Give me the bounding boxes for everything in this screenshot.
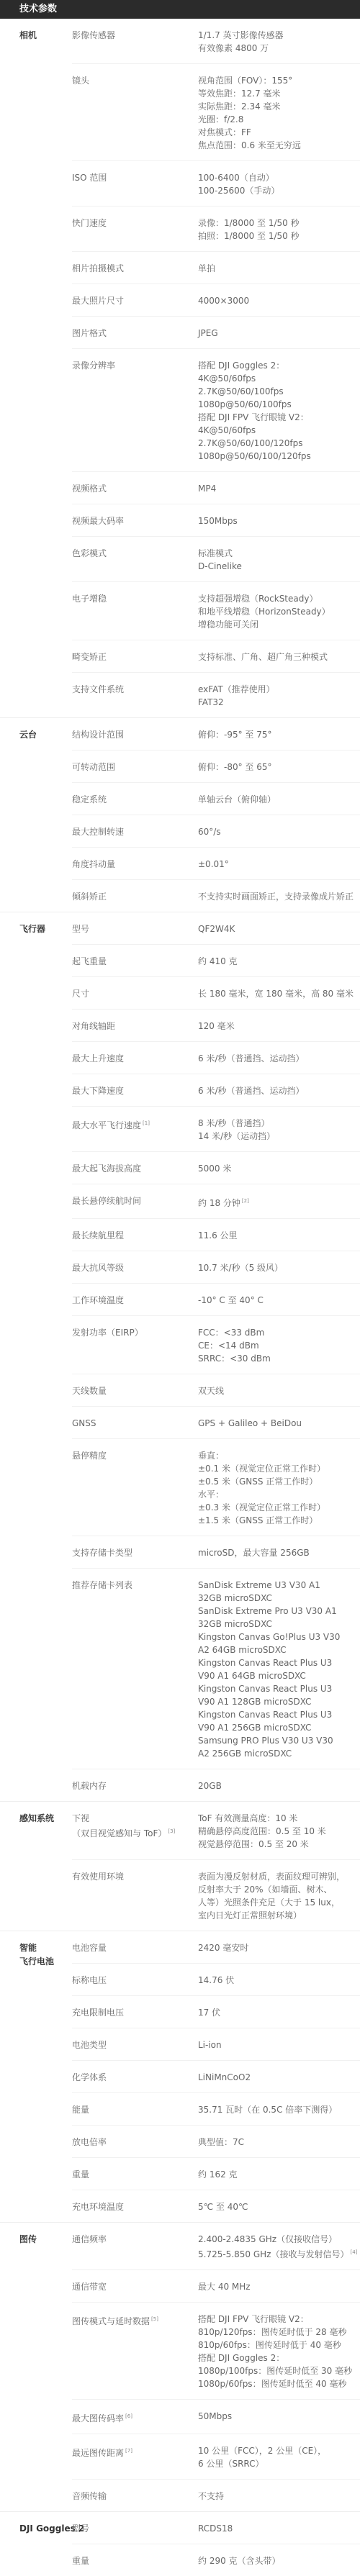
spec-label: 最大上升速度 <box>72 1052 198 1065</box>
spec-value-line: 2.400-2.4835 GHz（仅接收信号） <box>198 2233 360 2246</box>
spec-row: 倾斜矫正不支持实时画面矫正，支持录像成片矫正 <box>72 879 360 912</box>
spec-value: 17 伏 <box>198 2006 360 2019</box>
spec-row: 可转动范围俯仰：-80° 至 65° <box>72 750 360 782</box>
spec-value: exFAT（推荐使用）FAT32 <box>198 683 360 709</box>
spec-value-text: D-Cinelike <box>198 561 242 571</box>
spec-value-text: 约 290 克（含头带） <box>198 2556 281 2566</box>
spec-label: 支持文件系统 <box>72 683 198 709</box>
section-camera: 相机影像传感器1/1.7 英寸影像传感器有效像素 4800 万镜头视角范围（FO… <box>0 19 360 717</box>
spec-row: 工作环境温度-10° C 至 40° C <box>72 1283 360 1315</box>
spec-label: 最长续航里程 <box>72 1229 198 1242</box>
spec-label: 可转动范围 <box>72 761 198 774</box>
spec-value-text: 1/1.7 英寸影像传感器 <box>198 30 284 40</box>
spec-value-line: 50Mbps <box>198 2410 360 2423</box>
spec-value: 10.7 米/秒（5 级风） <box>198 1261 360 1274</box>
spec-value-line: 4000×3000 <box>198 294 360 307</box>
spec-value-text: 焦点范围：0.6 米至无穷远 <box>198 140 301 150</box>
spec-value-text: 实际焦距：2.34 毫米 <box>198 101 281 112</box>
spec-value-text: 增稳功能可关闭 <box>198 620 258 630</box>
spec-label-text: 图传模式与延时数据 <box>72 2316 150 2326</box>
spec-value-line: 双天线 <box>198 1384 360 1397</box>
spec-label: 放电倍率 <box>72 2136 198 2149</box>
spec-value-line: V90 A1 64GB microSDXC <box>198 1669 360 1682</box>
spec-label: 图传模式与延时数据[5] <box>72 2313 198 2390</box>
spec-value-line: 实际焦距：2.34 毫米 <box>198 100 360 113</box>
spec-label-text: 音频传输 <box>72 2491 107 2501</box>
spec-value-line: ±0.01° <box>198 858 360 871</box>
section-battery: 智能飞行电池电池容量2420 毫安时标称电压14.76 伏充电限制电压17 伏电… <box>0 1931 360 2222</box>
spec-row: 音频传输不支持 <box>72 2479 360 2511</box>
spec-value: 长 180 毫米，宽 180 毫米，高 80 毫米 <box>198 987 360 1000</box>
spec-value: 50Mbps <box>198 2410 360 2425</box>
footnote-marker: [1] <box>143 1120 150 1126</box>
spec-row: 电池类型Li-ion <box>72 2028 360 2060</box>
spec-row: 电子增稳支持超强增稳（RockSteady）和地平线增稳（HorizonStea… <box>72 581 360 640</box>
spec-value-text: 不支持 <box>198 2491 224 2501</box>
spec-label-text: 电池类型 <box>72 2040 107 2050</box>
spec-value-text: 支持标准、广角、超广角三种模式 <box>198 652 328 662</box>
spec-value: -10° C 至 40° C <box>198 1294 360 1307</box>
spec-value-line: Li-ion <box>198 2038 360 2051</box>
spec-value-line: 录像：1/8000 至 1/50 秒 <box>198 217 360 230</box>
spec-value-text: 等效焦距：12.7 毫米 <box>198 89 281 99</box>
spec-value-line: 5℃ 至 40℃ <box>198 2200 360 2213</box>
spec-row: 电池容量2420 毫安时 <box>72 1931 360 1963</box>
spec-row: 最大下降速度6 米/秒（普通挡、运动挡） <box>72 1074 360 1106</box>
spec-label-text: 通信频率 <box>72 2234 107 2244</box>
spec-label: 最长悬停续航时间 <box>72 1194 198 1210</box>
spec-value-line: 5.725-5.850 GHz（接收与发射信号）[4] <box>198 2246 360 2261</box>
spec-value-text: 150Mbps <box>198 516 238 526</box>
spec-value-text: 10 公里（FCC），2 公里（CE）， <box>198 2446 326 2456</box>
spec-label-text: 充电环境温度 <box>72 2202 124 2212</box>
spec-label: 起飞重量 <box>72 955 198 968</box>
spec-value-line: 单拍 <box>198 262 360 275</box>
spec-value-text: SanDisk Extreme Pro U3 V30 A1 <box>198 1606 337 1616</box>
spec-value-text: 最大 40 MHz <box>198 2282 251 2292</box>
spec-value-line: 等效焦距：12.7 毫米 <box>198 87 360 100</box>
spec-value-line: Kingston Canvas React Plus U3 <box>198 1656 360 1669</box>
spec-value: 表面为漫反射材质，表面纹理可辨别，反射率大于 20%（如墙面、树木、人等）光照条… <box>198 1870 360 1922</box>
spec-value-line: 6 米/秒（普通挡、运动挡） <box>198 1084 360 1097</box>
spec-value: 最大 40 MHz <box>198 2280 360 2293</box>
spec-value-line: Kingston Canvas React Plus U3 <box>198 1708 360 1721</box>
spec-label-text: 倾斜矫正 <box>72 892 107 902</box>
spec-label: 通信带宽 <box>72 2280 198 2293</box>
spec-value-line: 室内日光灯正常照射环境） <box>198 1909 360 1922</box>
spec-value-text: 4000×3000 <box>198 296 249 306</box>
spec-label-text: 最大照片尺寸 <box>72 296 124 306</box>
spec-value-line: 35.71 瓦时（在 0.5C 倍率下测得） <box>198 2103 360 2116</box>
spec-value-text: LiNiMnCoO2 <box>198 2072 251 2082</box>
spec-value-text: 1080p@50/60/100/120fps <box>198 451 311 461</box>
footnote-marker: [2] <box>242 1198 249 1204</box>
spec-row: 对角线轴距120 毫米 <box>72 1009 360 1041</box>
spec-label: 下视（双目视觉感知与 ToF）[3] <box>72 1812 198 1851</box>
spec-value-text: 视角范围（FOV）：155° <box>198 76 292 86</box>
spec-label: 工作环境温度 <box>72 1294 198 1307</box>
spec-value-line: microSD，最大容量 256GB <box>198 1546 360 1559</box>
spec-value-text: 支持超强增稳（RockSteady） <box>198 594 318 604</box>
spec-value-text: ±0.5 米（GNSS 正常工作时） <box>198 1477 318 1487</box>
spec-value: 约 162 克 <box>198 2168 360 2181</box>
section-title-line: 智能 <box>19 1941 72 1955</box>
spec-value: ToF 有效测量高度：10 米精确悬停高度范围：0.5 至 10 米视觉悬停范围… <box>198 1812 360 1851</box>
spec-row: 有效使用环境表面为漫反射材质，表面纹理可辨别，反射率大于 20%（如墙面、树木、… <box>72 1859 360 1931</box>
spec-row: 视频最大码率150Mbps <box>72 504 360 536</box>
spec-row: 标称电压14.76 伏 <box>72 1963 360 1995</box>
spec-value-line: A2 256GB microSDXC <box>198 1747 360 1760</box>
spec-row: 结构设计范围俯仰：-95° 至 75° <box>72 718 360 750</box>
spec-value: MP4 <box>198 482 360 495</box>
spec-row: 图片格式JPEG <box>72 316 360 348</box>
spec-value-text: 2.7K@50/60/100/120fps <box>198 438 303 448</box>
spec-value-text: RCDS18 <box>198 2523 233 2534</box>
spec-value-line: D-Cinelike <box>198 560 360 573</box>
spec-label-text: 最大水平飞行速度 <box>72 1120 141 1130</box>
spec-row: 最长续航里程11.6 公里 <box>72 1218 360 1251</box>
spec-label-text: 影像传感器 <box>72 30 115 40</box>
spec-value-line: 8 米/秒（普通挡） <box>198 1117 360 1130</box>
spec-value-line: 约 162 克 <box>198 2168 360 2181</box>
spec-value-line: RCDS18 <box>198 2522 360 2535</box>
spec-value-text: 14.76 伏 <box>198 1975 234 1985</box>
spec-value-text: 垂直： <box>198 1451 224 1461</box>
spec-value-line: Kingston Canvas React Plus U3 <box>198 1682 360 1695</box>
section-title-text: 云台 <box>19 730 37 740</box>
spec-row: 最大水平飞行速度[1]8 米/秒（普通挡）14 米/秒（运动挡） <box>72 1106 360 1151</box>
spec-value-line: 810p/60fps：图传延时低于 40 毫秒 <box>198 2339 360 2351</box>
spec-label-text: 有效使用环境 <box>72 1872 124 1882</box>
spec-value-text: 4K@50/60fps <box>198 425 256 435</box>
spec-value: 标准模式D-Cinelike <box>198 547 360 573</box>
spec-value-text: Kingston Canvas React Plus U3 <box>198 1658 332 1668</box>
spec-value: ±0.01° <box>198 858 360 871</box>
footnote-marker: [4] <box>350 2249 357 2255</box>
spec-value-text: 2420 毫安时 <box>198 1943 248 1953</box>
spec-value: 4000×3000 <box>198 294 360 307</box>
spec-label-text: 稳定系统 <box>72 794 107 804</box>
spec-label: 电池容量 <box>72 1941 198 1954</box>
spec-value: 约 290 克（含头带） <box>198 2554 360 2567</box>
spec-value-text: 1080p@50/60/100fps <box>198 399 292 409</box>
spec-value-text: 搭配 DJI Goggles 2： <box>198 2353 284 2363</box>
spec-value-line: QF2W4K <box>198 922 360 935</box>
spec-label: 快门速度 <box>72 217 198 242</box>
spec-value-text: 5.725-5.850 GHz（接收与发射信号） <box>198 2249 348 2259</box>
section-title: 飞行器 <box>0 912 72 1801</box>
spec-label: 标称电压 <box>72 1974 198 1987</box>
spec-value: 1/1.7 英寸影像传感器有效像素 4800 万 <box>198 29 360 55</box>
spec-label-text: 重量 <box>72 2169 89 2180</box>
spec-row: 尺寸长 180 毫米，宽 180 毫米，高 80 毫米 <box>72 976 360 1009</box>
spec-label: 相片拍摄模式 <box>72 262 198 275</box>
spec-value: 5℃ 至 40℃ <box>198 2200 360 2213</box>
spec-table: 相机影像传感器1/1.7 英寸影像传感器有效像素 4800 万镜头视角范围（FO… <box>0 19 360 2576</box>
spec-label: 色彩模式 <box>72 547 198 573</box>
spec-value: JPEG <box>198 327 360 340</box>
spec-label-text: 畸变矫正 <box>72 652 107 662</box>
spec-row: 通信频率2.400-2.4835 GHz（仅接收信号）5.725-5.850 G… <box>72 2223 360 2269</box>
section-title: DJI Goggles 2 <box>0 2512 72 2576</box>
spec-rows: 型号RCDS18重量约 290 克（含头带） <box>72 2512 360 2576</box>
spec-label-text: 最长续航里程 <box>72 1230 124 1241</box>
spec-value-line: 俯仰：-95° 至 75° <box>198 728 360 741</box>
spec-label-text: 最大控制转速 <box>72 827 124 837</box>
spec-value-text: ±1.5 米（GNSS 正常工作时） <box>198 1515 318 1525</box>
spec-row: 机载内存20GB <box>72 1769 360 1801</box>
spec-value-line: 俯仰：-80° 至 65° <box>198 761 360 774</box>
spec-row: 稳定系统单轴云台（俯仰轴） <box>72 782 360 815</box>
spec-value-line: 和地平线增稳（HorizonSteady） <box>198 605 360 618</box>
spec-value: 典型值：7C <box>198 2136 360 2149</box>
spec-value-text: A2 256GB microSDXC <box>198 1749 292 1759</box>
spec-value-text: 精确悬停高度范围：0.5 至 10 米 <box>198 1826 326 1836</box>
spec-label-text: GNSS <box>72 1418 96 1428</box>
spec-value-line: SanDisk Extreme U3 V30 A1 <box>198 1579 360 1592</box>
spec-rows: 结构设计范围俯仰：-95° 至 75°可转动范围俯仰：-80° 至 65°稳定系… <box>72 718 360 912</box>
spec-value-line: 32GB microSDXC <box>198 1618 360 1631</box>
spec-value-text: 约 18 分钟 <box>198 1198 240 1208</box>
section-gimbal: 云台结构设计范围俯仰：-95° 至 75°可转动范围俯仰：-80° 至 65°稳… <box>0 717 360 912</box>
spec-label: 倾斜矫正 <box>72 890 198 903</box>
spec-row: 最远图传距离[7]10 公里（FCC），2 公里（CE），6 公里（SRRC） <box>72 2434 360 2479</box>
spec-label-text: 支持文件系统 <box>72 684 124 694</box>
spec-row: 化学体系LiNiMnCoO2 <box>72 2060 360 2092</box>
spec-label: 稳定系统 <box>72 793 198 806</box>
spec-value-text: 5℃ 至 40℃ <box>198 2202 248 2212</box>
spec-value: 俯仰：-80° 至 65° <box>198 761 360 774</box>
spec-value-line: 最大 40 MHz <box>198 2280 360 2293</box>
spec-label-text: 发射功率（EIRP） <box>72 1328 143 1338</box>
spec-value-line: 焦点范围：0.6 米至无穷远 <box>198 139 360 152</box>
spec-label-text: 型号 <box>72 2523 89 2534</box>
spec-value-text: 100-6400（自动） <box>198 173 274 183</box>
spec-value-text: 有效像素 4800 万 <box>198 43 269 53</box>
spec-value: RCDS18 <box>198 2522 360 2535</box>
spec-label: 镜头 <box>72 74 198 152</box>
spec-value: 14.76 伏 <box>198 1974 360 1987</box>
spec-value-text: 双天线 <box>198 1386 224 1396</box>
spec-label: 悬停精度 <box>72 1449 198 1527</box>
spec-row: 镜头视角范围（FOV）：155°等效焦距：12.7 毫米实际焦距：2.34 毫米… <box>72 63 360 160</box>
spec-value-text: 810p/60fps：图传延时低于 40 毫秒 <box>198 2340 341 2350</box>
spec-value-line: 约 18 分钟[2] <box>198 1194 360 1210</box>
spec-value-text: 32GB microSDXC <box>198 1619 272 1629</box>
spec-value: QF2W4K <box>198 922 360 935</box>
spec-value-line: 150Mbps <box>198 514 360 527</box>
spec-label: 推荐存储卡列表 <box>72 1579 198 1760</box>
spec-label: 结构设计范围 <box>72 728 198 741</box>
spec-value-text: 不支持实时画面矫正，支持录像成片矫正 <box>198 892 354 902</box>
spec-row: 通信带宽最大 40 MHz <box>72 2269 360 2302</box>
spec-value-text: 1080p/60fps：图传延时低至 40 毫秒 <box>198 2379 346 2389</box>
spec-label: 最大抗风等级 <box>72 1261 198 1274</box>
spec-value: 单轴云台（俯仰轴） <box>198 793 360 806</box>
spec-label: 视频最大码率 <box>72 514 198 527</box>
spec-label-text: 最大图传码率 <box>72 2413 124 2423</box>
spec-row: 角度抖动量±0.01° <box>72 847 360 879</box>
spec-value-line: 11.6 公里 <box>198 1229 360 1242</box>
spec-value-text: 14 米/秒（运动挡） <box>198 1131 275 1141</box>
spec-label: 电子增稳 <box>72 592 198 631</box>
section-title-text: 感知系统 <box>19 1813 54 1823</box>
spec-label-text: 通信带宽 <box>72 2282 107 2292</box>
spec-value-text: Kingston Canvas React Plus U3 <box>198 1710 332 1720</box>
spec-value-line: 60°/s <box>198 825 360 838</box>
spec-row: 最大照片尺寸4000×3000 <box>72 284 360 316</box>
spec-value-line: 搭配 DJI FPV 飞行眼镜 V2： <box>198 411 360 424</box>
spec-label: 录像分辨率 <box>72 359 198 463</box>
spec-row: 支持文件系统exFAT（推荐使用）FAT32 <box>72 672 360 717</box>
spec-value-text: 俯仰：-95° 至 75° <box>198 730 272 740</box>
spec-value-line: 不支持 <box>198 2490 360 2503</box>
spec-value-text: SanDisk Extreme U3 V30 A1 <box>198 1580 320 1590</box>
spec-label-text: 充电限制电压 <box>72 2008 124 2018</box>
spec-row: 最大上升速度6 米/秒（普通挡、运动挡） <box>72 1041 360 1074</box>
spec-rows: 通信频率2.400-2.4835 GHz（仅接收信号）5.725-5.850 G… <box>72 2223 360 2511</box>
spec-label: 畸变矫正 <box>72 650 198 663</box>
spec-label-text: 电池容量 <box>72 1943 107 1953</box>
spec-value-text: Samsung PRO Plus V30 U3 V30 <box>198 1736 333 1746</box>
spec-value-line: 约 410 克 <box>198 955 360 968</box>
spec-value-text: 120 毫米 <box>198 1021 235 1031</box>
spec-value-line: 人等）光照条件充足（大于 15 lux， <box>198 1896 360 1909</box>
spec-value-text: 长 180 毫米，宽 180 毫米，高 80 毫米 <box>198 989 354 999</box>
section-title: 相机 <box>0 19 72 717</box>
spec-value-line: A2 64GB microSDXC <box>198 1643 360 1656</box>
spec-value: 100-6400（自动）100-25600（手动） <box>198 171 360 197</box>
spec-value: 2420 毫安时 <box>198 1941 360 1954</box>
spec-value-text: 11.6 公里 <box>198 1230 238 1241</box>
spec-value-text: 人等）光照条件充足（大于 15 lux， <box>198 1897 340 1908</box>
spec-value-text: 典型值：7C <box>198 2137 244 2147</box>
footnote-marker: [3] <box>168 1828 175 1834</box>
spec-value-line: -10° C 至 40° C <box>198 1294 360 1307</box>
spec-value: 不支持 <box>198 2490 360 2503</box>
spec-row: 最大控制转速60°/s <box>72 815 360 847</box>
spec-label-text: 最远图传距离 <box>72 2448 124 2458</box>
spec-label: 最大图传码率[6] <box>72 2410 198 2425</box>
spec-value: 支持超强增稳（RockSteady）和地平线增稳（HorizonSteady）增… <box>198 592 360 631</box>
section-title-text: 飞行器 <box>19 924 45 934</box>
spec-value-text: 搭配 DJI FPV 飞行眼镜 V2： <box>198 2314 309 2324</box>
spec-value-line: LiNiMnCoO2 <box>198 2071 360 2084</box>
section-title: 智能飞行电池 <box>0 1931 72 2222</box>
spec-value-line: 有效像素 4800 万 <box>198 42 360 55</box>
spec-value-text: V90 A1 64GB microSDXC <box>198 1671 306 1681</box>
spec-value: 不支持实时画面矫正，支持录像成片矫正 <box>198 890 360 903</box>
spec-value-line: 增稳功能可关闭 <box>198 618 360 631</box>
spec-value-text: 水平： <box>198 1489 224 1500</box>
spec-value-text: V90 A1 128GB microSDXC <box>198 1697 311 1707</box>
spec-label: 最大控制转速 <box>72 825 198 838</box>
spec-value-line: 1080p@50/60/100fps <box>198 398 360 411</box>
spec-value-text: 6 公里（SRRC） <box>198 2459 264 2469</box>
spec-label-text: 视频格式 <box>72 484 107 494</box>
spec-value-text: 单拍 <box>198 263 215 273</box>
spec-label-text: 结构设计范围 <box>72 730 124 740</box>
spec-value-text: 视觉悬停范围：0.5 至 20 米 <box>198 1839 309 1849</box>
spec-value-text: SRRC：<30 dBm <box>198 1353 271 1364</box>
spec-value-line: 1080p/60fps：图传延时低至 40 毫秒 <box>198 2377 360 2390</box>
spec-value: Li-ion <box>198 2038 360 2051</box>
spec-row: 充电环境温度5℃ 至 40℃ <box>72 2190 360 2222</box>
spec-value-line: 6 米/秒（普通挡、运动挡） <box>198 1052 360 1065</box>
spec-value-text: 1080p/100fps：图传延时低至 30 毫秒 <box>198 2366 352 2376</box>
spec-row: ISO 范围100-6400（自动）100-25600（手动） <box>72 160 360 206</box>
spec-value-line: 搭配 DJI Goggles 2： <box>198 2351 360 2364</box>
spec-value-text: 810p/120fps：图传延时低于 28 毫秒 <box>198 2327 346 2337</box>
spec-value-text: 60°/s <box>198 827 221 837</box>
spec-label-text: 推荐存储卡列表 <box>72 1580 132 1590</box>
spec-label: 通信频率 <box>72 2233 198 2261</box>
spec-label-text: 最大上升速度 <box>72 1053 124 1063</box>
spec-value-line: 6 公里（SRRC） <box>198 2457 360 2470</box>
spec-row: 发射功率（EIRP）FCC：<33 dBmCE：<14 dBmSRRC：<30 … <box>72 1315 360 1374</box>
spec-label: 有效使用环境 <box>72 1870 198 1922</box>
spec-value-line: 搭配 DJI Goggles 2： <box>198 359 360 372</box>
spec-label-text: 最大下降速度 <box>72 1086 124 1096</box>
spec-row: 重量约 162 克 <box>72 2157 360 2190</box>
spec-value-text: -10° C 至 40° C <box>198 1295 264 1305</box>
spec-value-line: exFAT（推荐使用） <box>198 683 360 696</box>
spec-value-line: 水平： <box>198 1488 360 1501</box>
spec-label: 影像传感器 <box>72 29 198 55</box>
spec-value-text: 俯仰：-80° 至 65° <box>198 762 272 772</box>
spec-row: 畸变矫正支持标准、广角、超广角三种模式 <box>72 640 360 672</box>
spec-value-text: 2.7K@50/60/100fps <box>198 386 284 396</box>
spec-value-text: microSD，最大容量 256GB <box>198 1548 310 1558</box>
spec-label: 能量 <box>72 2103 198 2116</box>
section-title-text: 图传 <box>19 2234 37 2244</box>
spec-value-line: 4K@50/60fps <box>198 372 360 385</box>
spec-value-line: 精确悬停高度范围：0.5 至 10 米 <box>198 1825 360 1838</box>
spec-value: 10 公里（FCC），2 公里（CE），6 公里（SRRC） <box>198 2444 360 2470</box>
spec-value-text: 搭配 DJI Goggles 2： <box>198 360 284 371</box>
spec-value-line: 20GB <box>198 1779 360 1792</box>
spec-label-text: 放电倍率 <box>72 2137 107 2147</box>
spec-value-line: 单轴云台（俯仰轴） <box>198 793 360 806</box>
spec-value: microSD，最大容量 256GB <box>198 1546 360 1559</box>
spec-label-text: 支持存储卡类型 <box>72 1548 132 1558</box>
spec-value-text: 8 米/秒（普通挡） <box>198 1118 270 1128</box>
spec-row: 推荐存储卡列表SanDisk Extreme U3 V30 A132GB mic… <box>72 1568 360 1769</box>
spec-value-text: 20GB <box>198 1781 222 1791</box>
spec-row: 能量35.71 瓦时（在 0.5C 倍率下测得） <box>72 2092 360 2125</box>
spec-value: 6 米/秒（普通挡、运动挡） <box>198 1052 360 1065</box>
section-title-line: 飞行电池 <box>19 1955 72 1969</box>
spec-label: 型号 <box>72 2522 198 2535</box>
spec-value-text: 表面为漫反射材质，表面纹理可辨别， <box>198 1872 345 1882</box>
spec-label-text: 型号 <box>72 924 89 934</box>
spec-label: 最大下降速度 <box>72 1084 198 1097</box>
spec-value-text: ±0.01° <box>198 859 229 869</box>
section-title: 感知系统 <box>0 1802 72 1931</box>
spec-value-line: 1/1.7 英寸影像传感器 <box>198 29 360 42</box>
spec-row: 起飞重量约 410 克 <box>72 944 360 976</box>
spec-value: 搭配 DJI FPV 飞行眼镜 V2：810p/120fps：图传延时低于 28… <box>198 2313 360 2390</box>
spec-value-line: 光圈：f/2.8 <box>198 113 360 126</box>
spec-value-line: 拍照：1/8000 至 1/50 秒 <box>198 230 360 242</box>
spec-label: 最大水平飞行速度[1] <box>72 1117 198 1143</box>
spec-label: 尺寸 <box>72 987 198 1000</box>
spec-label: 化学体系 <box>72 2071 198 2084</box>
spec-label-text: 最大起飞海拔高度 <box>72 1164 141 1174</box>
page-title: 技术参数 <box>19 4 57 14</box>
spec-row: 最大抗风等级10.7 米/秒（5 级风） <box>72 1251 360 1283</box>
spec-value-text: MP4 <box>198 484 216 494</box>
